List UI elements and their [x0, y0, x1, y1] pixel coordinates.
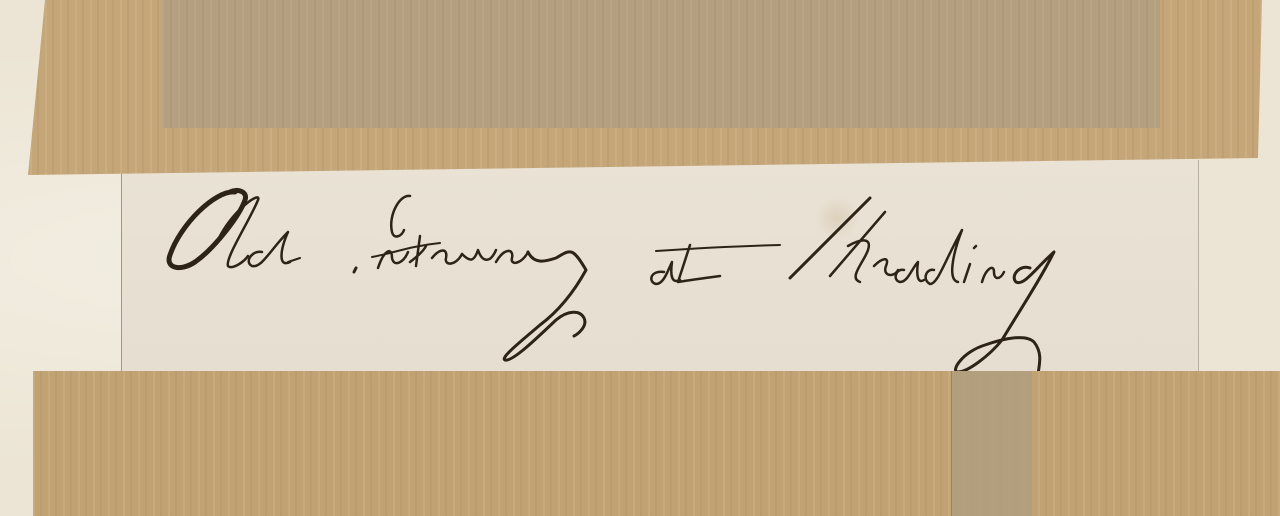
tape-strip-bottom	[33, 371, 1280, 516]
label-caption: Old Gateway at Reading	[165, 196, 1065, 269]
tape-strip-bottom-overlap	[951, 371, 1032, 516]
tape-strip-top	[0, 0, 1280, 176]
tape-strip-top-overlap	[162, 0, 1160, 128]
label-paper	[121, 160, 1199, 385]
